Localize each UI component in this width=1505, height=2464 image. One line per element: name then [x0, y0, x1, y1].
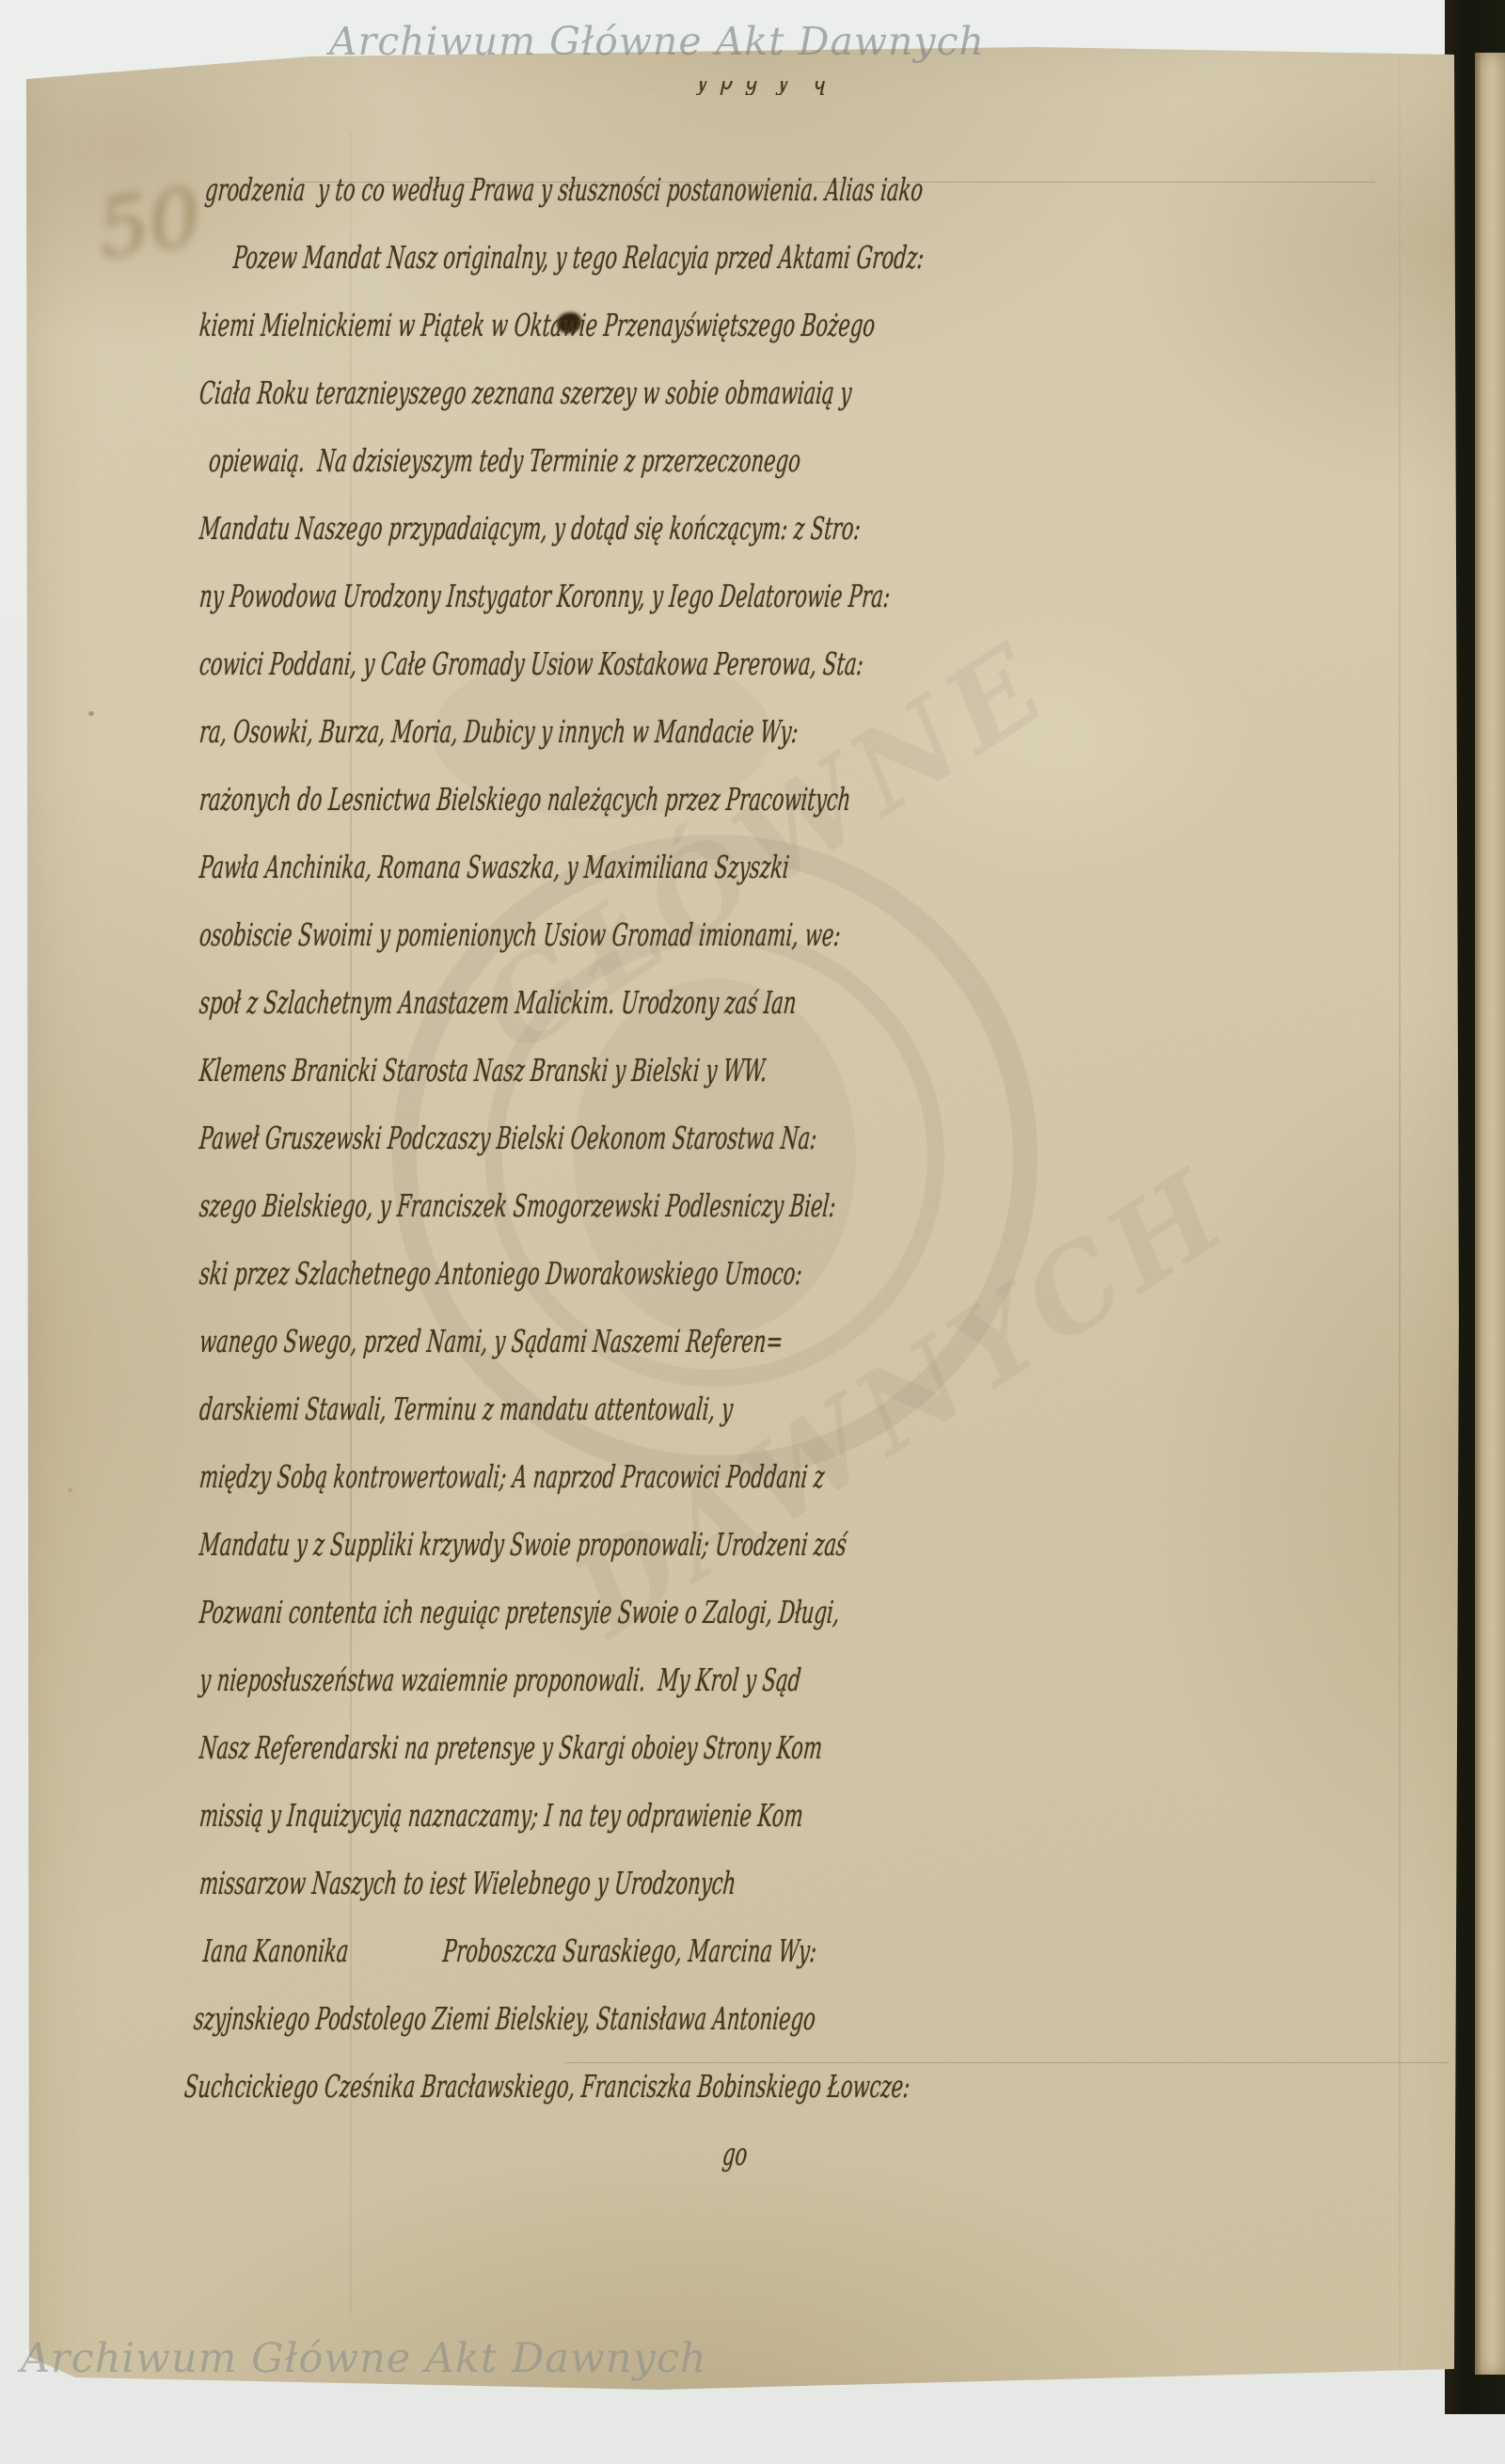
scanned-document-view: GŁÓWNE DAWNYCH 50 y p g y q grodzenia y … [0, 0, 1505, 2464]
handwritten-text-block: grodzenia y to co według Prawa y słuszno… [199, 158, 914, 2190]
cropped-line-remnant: y p g y q [696, 81, 912, 95]
manuscript-line: go [718, 2106, 911, 2207]
folio-number-stain: 50 [92, 170, 207, 278]
right-fold-crease [1399, 56, 1401, 2367]
cropped-strokes: y p g y q [696, 81, 905, 95]
next-page-edge [1475, 53, 1505, 2375]
paper-speck [88, 711, 94, 716]
manuscript-page: GŁÓWNE DAWNYCH 50 y p g y q grodzenia y … [0, 0, 1505, 2464]
paper-speck [68, 1488, 72, 1492]
